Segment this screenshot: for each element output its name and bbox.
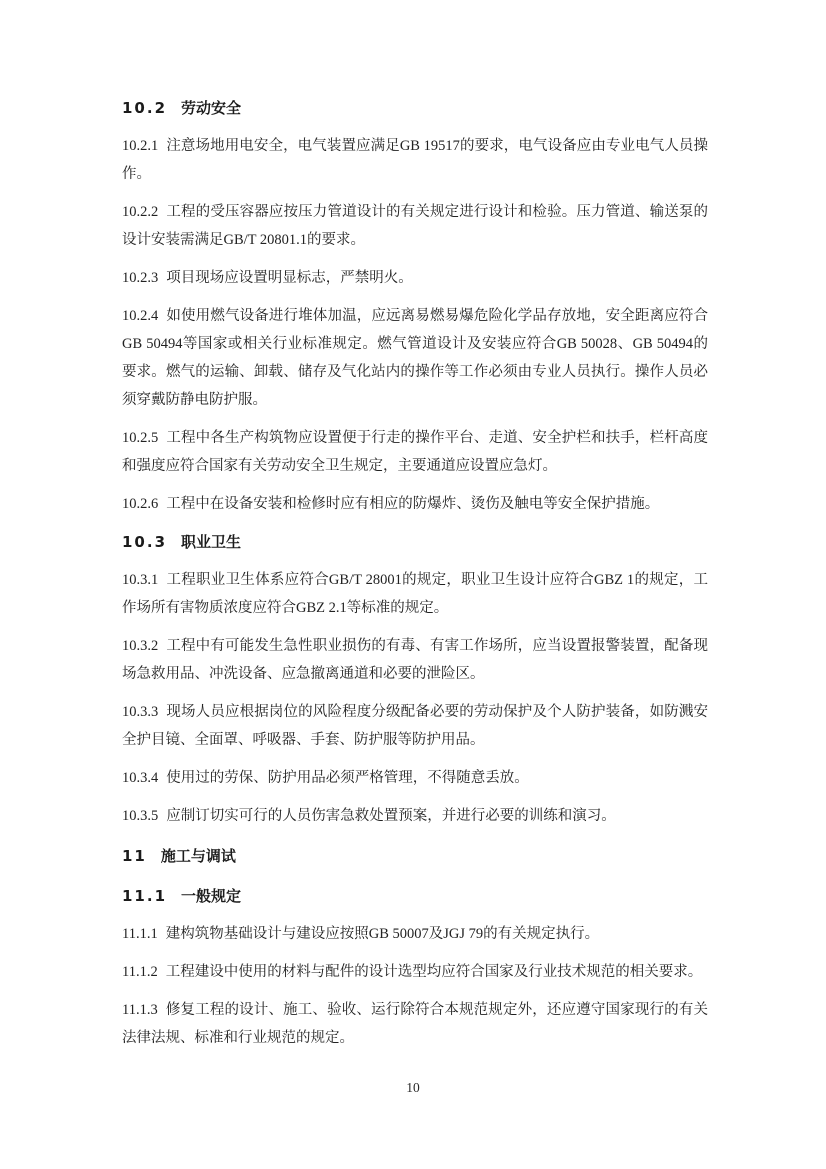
clause-text: 工程的受压容器应按压力管道设计的有关规定进行设计和检验。压力管道、输送泵的设计安…	[122, 204, 708, 248]
clause-text: 注意场地用电安全，电气装置应满足GB 19517的要求，电气设备应由专业电气人员…	[122, 138, 708, 182]
clause-number: 10.3.2	[122, 638, 158, 654]
clause-10-3-2: 10.3.2工程中有可能发生急性职业损伤的有毒、有害工作场所，应当设置报警装置，…	[122, 632, 708, 688]
clause-10-2-4: 10.2.4如使用燃气设备进行堆体加温，应远离易燃易爆危险化学品存放地，安全距离…	[122, 302, 708, 414]
document-content: 10.2劳动安全 10.2.1注意场地用电安全，电气装置应满足GB 19517的…	[122, 90, 708, 1062]
clause-number: 10.2.5	[122, 430, 158, 446]
heading-title: 职业卫生	[181, 533, 241, 551]
clause-number: 10.3.1	[122, 572, 158, 588]
clause-number: 11.1.2	[122, 964, 158, 980]
clause-text: 工程中有可能发生急性职业损伤的有毒、有害工作场所，应当设置报警装置，配备现场急救…	[122, 638, 708, 682]
clause-text: 工程建设中使用的材料与配件的设计选型均应符合国家及行业技术规范的相关要求。	[166, 964, 703, 980]
page-footer: 10	[0, 1080, 826, 1096]
clause-number: 10.2.1	[122, 138, 158, 154]
heading-10-2: 10.2劳动安全	[122, 94, 708, 122]
heading-title: 一般规定	[181, 887, 241, 905]
clause-text: 应制订切实可行的人员伤害急救处置预案，并进行必要的训练和演习。	[166, 808, 616, 824]
clause-number: 11.1.1	[122, 926, 158, 942]
heading-number: 10.3	[122, 533, 167, 551]
clause-11-1-1: 11.1.1建构筑物基础设计与建设应按照GB 50007及JGJ 79的有关规定…	[122, 920, 708, 948]
clause-text: 建构筑物基础设计与建设应按照GB 50007及JGJ 79的有关规定执行。	[166, 926, 599, 942]
heading-title: 施工与调试	[161, 847, 236, 865]
clause-10-3-4: 10.3.4使用过的劳保、防护用品必须严格管理，不得随意丢放。	[122, 764, 708, 792]
clause-10-2-2: 10.2.2工程的受压容器应按压力管道设计的有关规定进行设计和检验。压力管道、输…	[122, 198, 708, 254]
clause-number: 11.1.3	[122, 1002, 158, 1018]
clause-11-1-3: 11.1.3修复工程的设计、施工、验收、运行除符合本规范规定外，还应遵守国家现行…	[122, 996, 708, 1052]
heading-number: 11	[122, 847, 147, 865]
clause-number: 10.2.6	[122, 496, 158, 512]
clause-10-2-6: 10.2.6工程中在设备安装和检修时应有相应的防爆炸、烫伤及触电等安全保护措施。	[122, 490, 708, 518]
page-number: 10	[406, 1080, 420, 1095]
clause-text: 如使用燃气设备进行堆体加温，应远离易燃易爆危险化学品存放地，安全距离应符合GB …	[122, 308, 708, 408]
heading-11-1: 11.1一般规定	[122, 882, 708, 910]
clause-text: 工程中在设备安装和检修时应有相应的防爆炸、烫伤及触电等安全保护措施。	[166, 496, 659, 512]
clause-10-2-1: 10.2.1注意场地用电安全，电气装置应满足GB 19517的要求，电气设备应由…	[122, 132, 708, 188]
clause-number: 10.3.5	[122, 808, 158, 824]
heading-number: 10.2	[122, 99, 167, 117]
clause-number: 10.2.4	[122, 308, 158, 324]
clause-text: 项目现场应设置明显标志，严禁明火。	[166, 270, 413, 286]
clause-number: 10.2.3	[122, 270, 158, 286]
heading-11: 11施工与调试	[122, 842, 708, 870]
clause-10-3-5: 10.3.5应制订切实可行的人员伤害急救处置预案，并进行必要的训练和演习。	[122, 802, 708, 830]
clause-10-3-1: 10.3.1工程职业卫生体系应符合GB/T 28001的规定，职业卫生设计应符合…	[122, 566, 708, 622]
heading-title: 劳动安全	[181, 99, 241, 117]
clause-number: 10.2.2	[122, 204, 158, 220]
clause-11-1-2: 11.1.2工程建设中使用的材料与配件的设计选型均应符合国家及行业技术规范的相关…	[122, 958, 708, 986]
heading-number: 11.1	[122, 887, 167, 905]
clause-10-3-3: 10.3.3现场人员应根据岗位的风险程度分级配备必要的劳动保护及个人防护装备，如…	[122, 698, 708, 754]
clause-10-2-3: 10.2.3项目现场应设置明显标志，严禁明火。	[122, 264, 708, 292]
clause-number: 10.3.3	[122, 704, 158, 720]
clause-text: 修复工程的设计、施工、验收、运行除符合本规范规定外，还应遵守国家现行的有关法律法…	[122, 1002, 708, 1046]
clause-10-2-5: 10.2.5工程中各生产构筑物应设置便于行走的操作平台、走道、安全护栏和扶手，栏…	[122, 424, 708, 480]
heading-10-3: 10.3职业卫生	[122, 528, 708, 556]
clause-text: 使用过的劳保、防护用品必须严格管理，不得随意丢放。	[166, 770, 529, 786]
clause-text: 工程中各生产构筑物应设置便于行走的操作平台、走道、安全护栏和扶手，栏杆高度和强度…	[122, 430, 708, 474]
document-page: 10.2劳动安全 10.2.1注意场地用电安全，电气装置应满足GB 19517的…	[0, 0, 826, 1169]
clause-text: 现场人员应根据岗位的风险程度分级配备必要的劳动保护及个人防护装备，如防溅安全护目…	[122, 704, 708, 748]
clause-number: 10.3.4	[122, 770, 158, 786]
clause-text: 工程职业卫生体系应符合GB/T 28001的规定，职业卫生设计应符合GBZ 1的…	[122, 572, 708, 616]
